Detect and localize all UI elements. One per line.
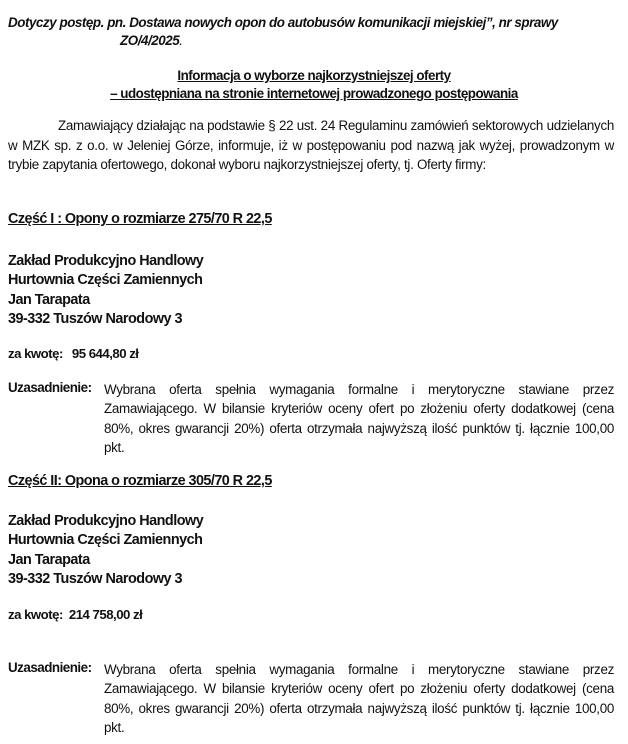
amount-label: za kwotę: bbox=[8, 607, 63, 622]
case-number: ZO/4/2025. bbox=[120, 33, 183, 48]
justification-text: Wybrana oferta spełnia wymagania formaln… bbox=[104, 380, 614, 457]
part-1-amount: za kwotę:95 644,80 zł bbox=[8, 346, 138, 361]
company-owner: Jan Tarapata bbox=[8, 551, 203, 570]
case-number-value: ZO/4/2025 bbox=[120, 33, 179, 48]
amount-label: za kwotę: bbox=[8, 346, 63, 361]
company-name: Zakład Produkcyjno Handlowy bbox=[8, 512, 203, 531]
intro-paragraph: Zamawiający działając na podstawie § 22 … bbox=[8, 116, 614, 175]
justification-label: Uzasadnienie: bbox=[8, 660, 92, 675]
justification-label: Uzasadnienie: bbox=[8, 380, 92, 395]
case-number-period: . bbox=[179, 33, 182, 48]
amount-value: 95 644,80 zł bbox=[72, 346, 139, 361]
part-2-justification: Uzasadnienie: Wybrana oferta spełnia wym… bbox=[8, 660, 614, 737]
document-title: Informacja o wyborze najkorzystniejszej … bbox=[0, 68, 628, 83]
company-division: Hurtownia Części Zamiennych bbox=[8, 531, 203, 550]
company-address: 39-332 Tuszów Narodowy 3 bbox=[8, 570, 203, 589]
part-2-company: Zakład Produkcyjno Handlowy Hurtownia Cz… bbox=[8, 512, 203, 590]
company-name: Zakład Produkcyjno Handlowy bbox=[8, 252, 203, 271]
part-2-heading: Część II: Opona o rozmiarze 305/70 R 22,… bbox=[8, 473, 272, 489]
company-owner: Jan Tarapata bbox=[8, 291, 203, 310]
amount-value: 214 758,00 zł bbox=[69, 607, 142, 622]
part-2-amount: za kwotę:214 758,00 zł bbox=[8, 607, 142, 622]
justification-text: Wybrana oferta spełnia wymagania formaln… bbox=[104, 660, 614, 737]
intro-text: Zamawiający działając na podstawie § 22 … bbox=[8, 118, 614, 172]
document-subtitle: – udostępniana na stronie internetowej p… bbox=[0, 86, 628, 101]
company-division: Hurtownia Części Zamiennych bbox=[8, 271, 203, 290]
reference-line: Dotyczy postęp. pn. Dostawa nowych opon … bbox=[8, 15, 558, 30]
part-1-heading: Część I : Opony o rozmiarze 275/70 R 22,… bbox=[8, 211, 272, 227]
company-address: 39-332 Tuszów Narodowy 3 bbox=[8, 310, 203, 329]
part-1-company: Zakład Produkcyjno Handlowy Hurtownia Cz… bbox=[8, 252, 203, 330]
part-1-justification: Uzasadnienie: Wybrana oferta spełnia wym… bbox=[8, 380, 614, 457]
